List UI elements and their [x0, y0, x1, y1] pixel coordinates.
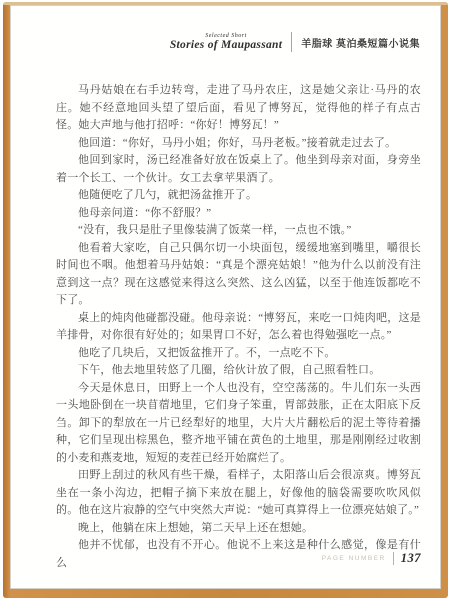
paragraph: 他回道：“你好，马丹小姐；你好，马丹老板。”接着就走过去了。 [56, 135, 421, 153]
book-title: 羊脂球 莫泊桑短篇小说集 [301, 35, 420, 50]
paragraph: 田野上刮过的秋风有些干燥，看样子，太阳落山后会很凉爽。博努瓦坐在一条小沟边，把帽… [56, 467, 421, 520]
series-title: Selected Short Stories of Maupassant [170, 33, 282, 52]
paragraph: 他吃了几块后，又把饭盆推开了。不，一点吃不下。 [56, 345, 421, 363]
paragraph: 下午，他去地里转悠了几圈，给伙计放了假，自己照看牲口。 [56, 362, 421, 380]
page-number: 137 [401, 551, 421, 566]
page-number-label: PAGE NUMBER [322, 555, 386, 562]
paragraph: 他看着大家吃，自己只偶尔切一小块面包，缓缓地塞到嘴里，嚼很长时间也不咽。他想着马… [56, 240, 421, 310]
paragraph: “没有，我只是肚子里像装满了饭菜一样，一点也不饿。” [56, 222, 421, 240]
series-title-script: Stories of Maupassant [170, 40, 282, 52]
page-footer: PAGE NUMBER 137 [322, 551, 421, 566]
paragraph: 桌上的炖肉他碰都没碰。他母亲说：“博努瓦，来吃一口炖肉吧，这是羊排骨，对你很有好… [56, 310, 421, 345]
body-text: 马丹姑娘在右手边转弯，走进了马丹农庄，这是她父亲让·马丹的农庄。她不经意地回头望… [56, 82, 421, 572]
paragraph: 他母亲问道：“你不舒服？” [56, 205, 421, 223]
paragraph: 今天是休息日，田野上一个人也没有，空空荡荡的。牛儿们东一头西一头地卧倒在一块苜蓿… [56, 380, 421, 468]
page-header: Selected Short Stories of Maupassant 羊脂球… [11, 29, 420, 55]
paragraph: 马丹姑娘在右手边转弯，走进了马丹农庄，这是她父亲让·马丹的农庄。她不经意地回头望… [56, 82, 421, 135]
series-title-small: Selected Short [170, 33, 282, 39]
header-divider [291, 32, 292, 52]
paragraph: 他回到家时，汤已经准备好放在饭桌上了。他坐到母亲对面，身旁坐着一个长工、一个伙计… [56, 152, 421, 187]
footer-divider [393, 552, 394, 565]
book-page: Selected Short Stories of Maupassant 羊脂球… [10, 5, 441, 589]
paragraph: 晚上，他躺在床上想她，第二天早上还在想她。 [56, 520, 421, 538]
paragraph: 他随便吃了几勺，就把汤盆推开了。 [56, 187, 421, 205]
